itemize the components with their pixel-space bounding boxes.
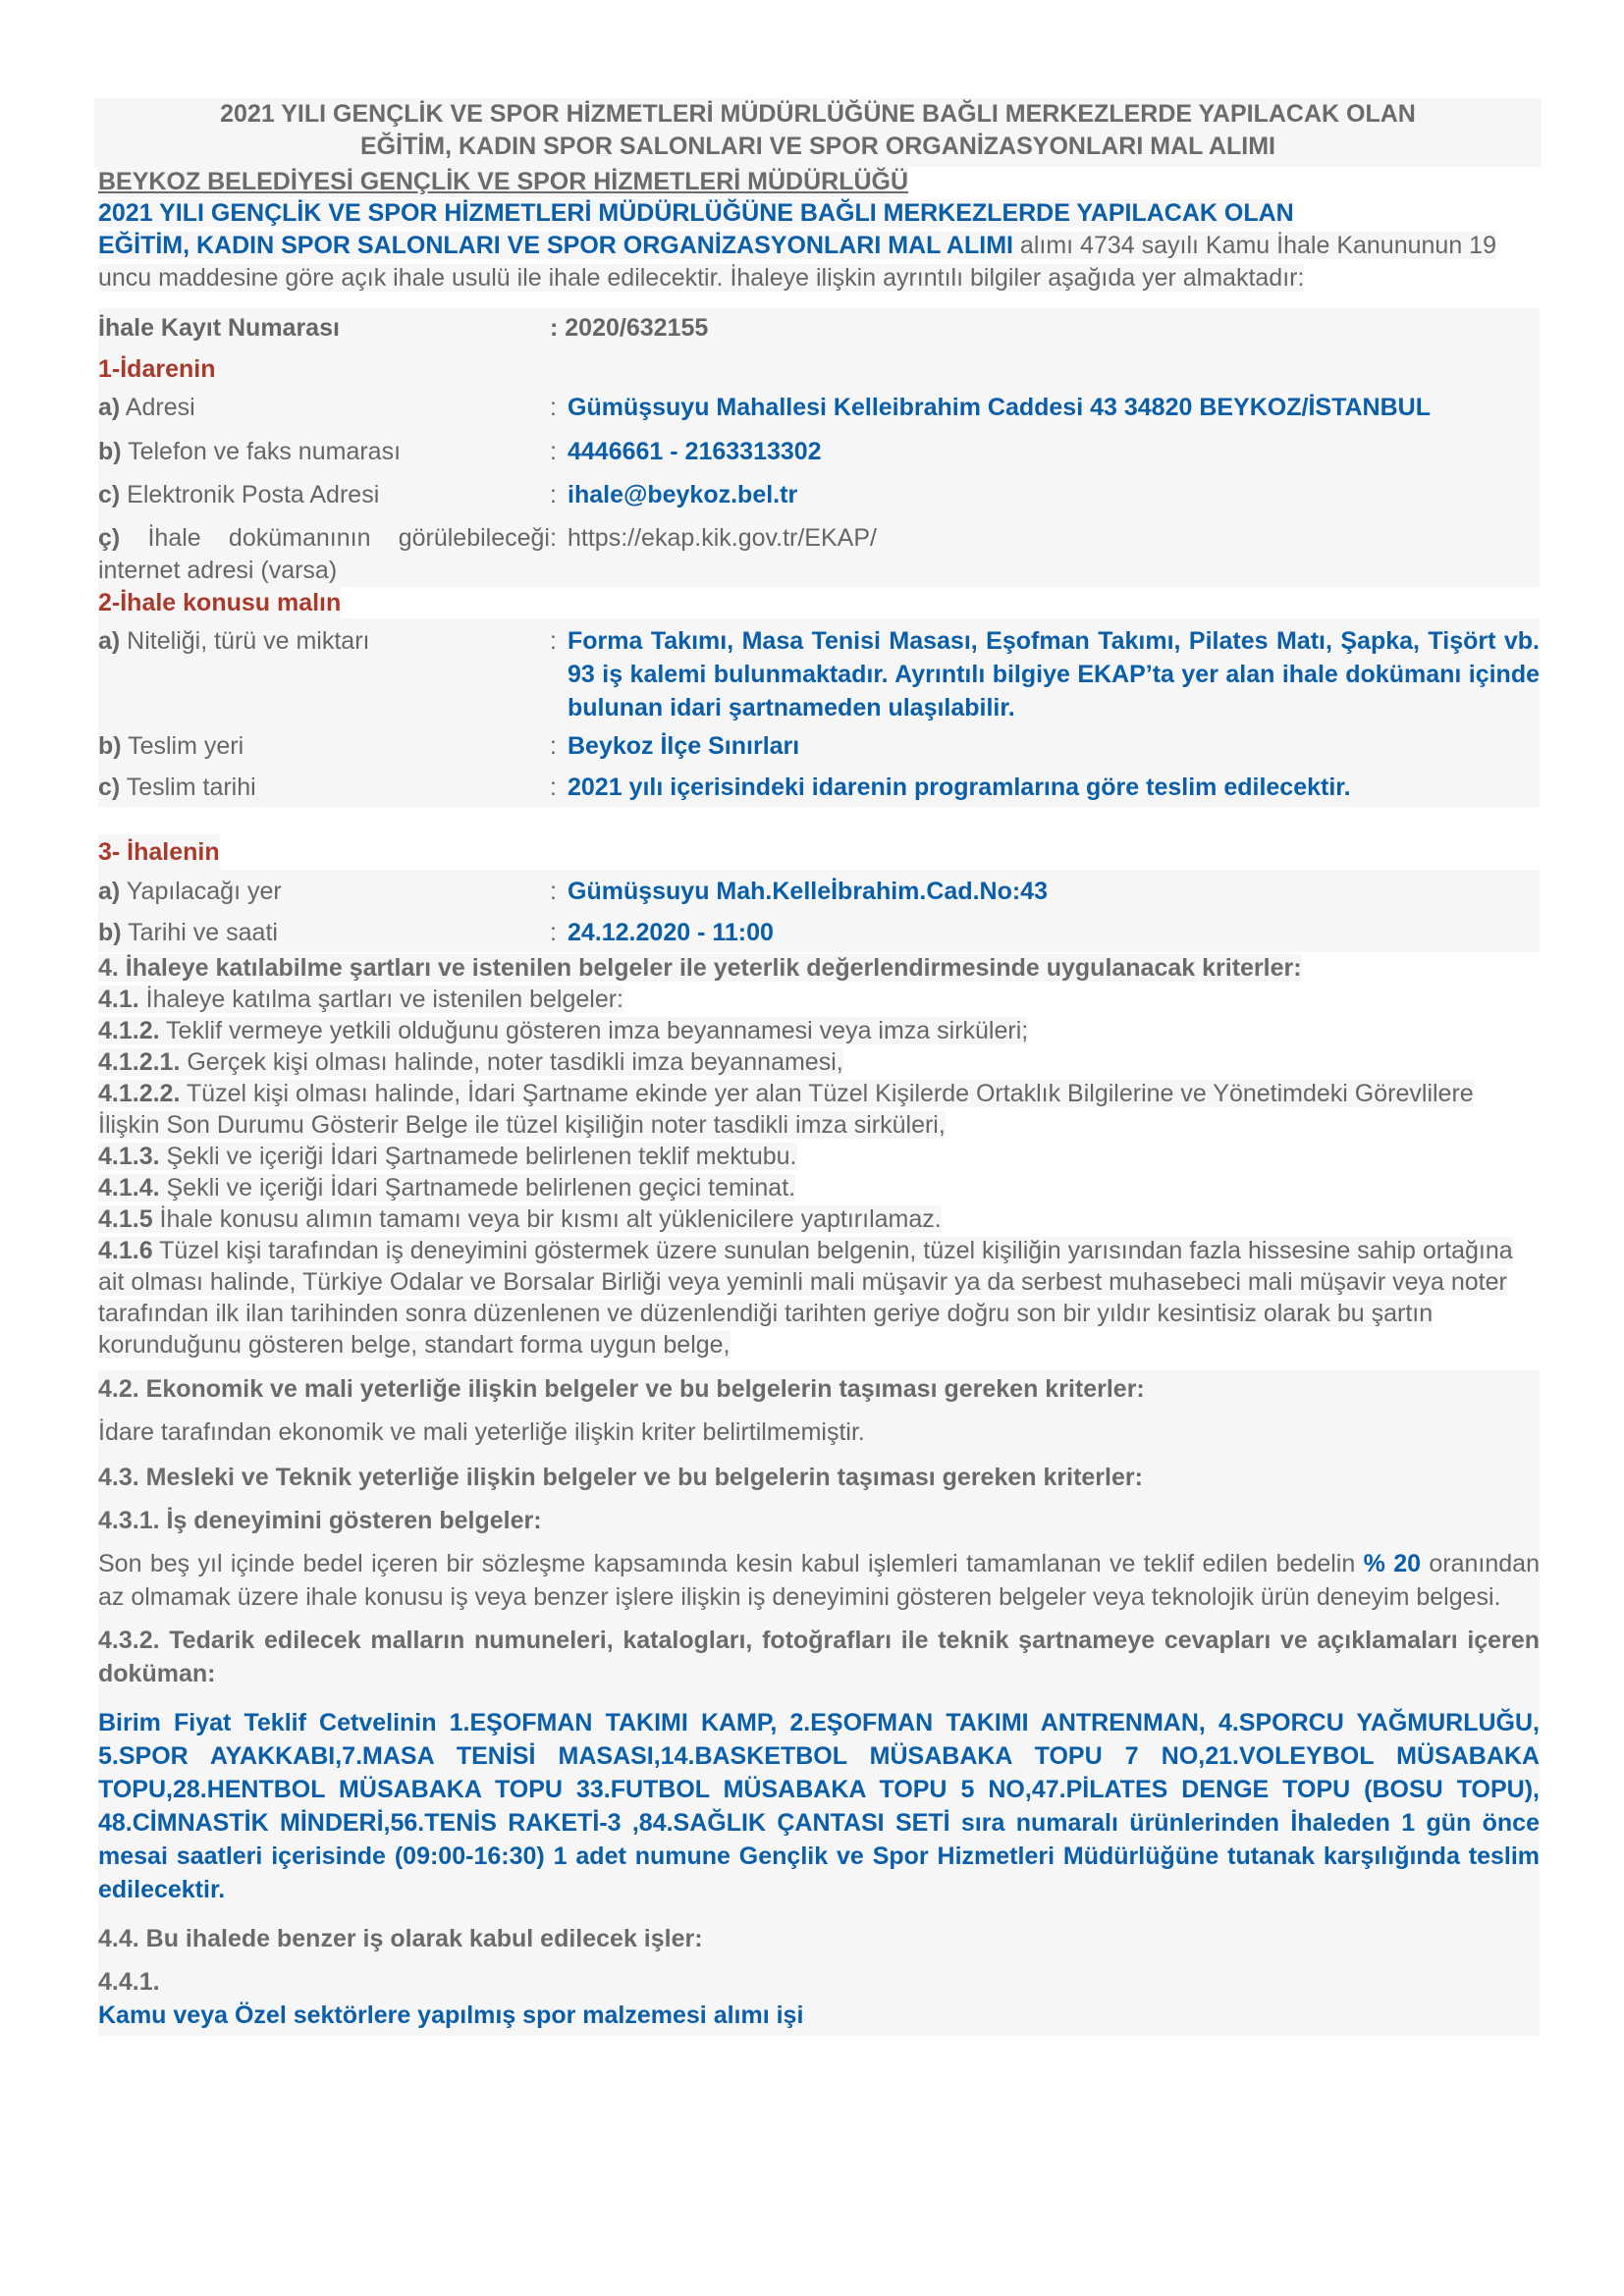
row-letter: c) — [98, 481, 120, 508]
email-row: c) Elektronik Posta Adresi : ihale@beyko… — [98, 473, 1540, 516]
tender-subject-line-1: 2021 YILI GENÇLİK VE SPOR HİZMETLERİ MÜD… — [98, 199, 1294, 227]
address-value: Gümüşsuyu Mahallesi Kelleibrahim Caddesi… — [568, 391, 1540, 424]
criteria-item: 4.1.2.2. Tüzel kişi olması halinde, İdar… — [98, 1078, 1540, 1141]
delivery-place-value: Beykoz İlçe Sınırları — [568, 724, 1540, 768]
goods-nature-value: Forma Takımı, Masa Tenisi Masası, Eşofma… — [568, 624, 1540, 724]
delivery-date-value: 2021 yılı içerisindeki idarenin programl… — [568, 768, 1540, 807]
address-label: Adresi — [120, 394, 194, 421]
tender-datetime-label: Tarihi ve saati — [122, 919, 278, 946]
email-label: Elektronik Posta Adresi — [120, 481, 379, 508]
ekap-url-label: İhale dokümanının görülebileceği interne… — [98, 524, 550, 584]
row-letter: b) — [98, 438, 122, 465]
row-letter: c) — [98, 774, 120, 801]
section-4-4-heading: 4.4. Bu ihalede benzer iş olarak kabul e… — [98, 1922, 1540, 1965]
section-4-2-heading: 4.2. Ekonomik ve mali yeterliğe ilişkin … — [98, 1370, 1540, 1415]
section-4-3-heading: 4.3. Mesleki ve Teknik yeterliğe ilişkin… — [98, 1461, 1540, 1504]
tender-place-label: Yapılacağı yer — [120, 878, 281, 905]
organization-name: BEYKOZ BELEDİYESİ GENÇLİK VE SPOR HİZMET… — [98, 167, 908, 197]
tender-place-value: Gümüşsuyu Mah.Kelleİbrahim.Cad.No:43 — [568, 870, 1540, 913]
criteria-item: 4.1.6 Tüzel kişi tarafından iş deneyimin… — [98, 1235, 1540, 1361]
tender-place-row: a) Yapılacağı yer : Gümüşsuyu Mah.Kelleİ… — [98, 870, 1540, 913]
section-3-heading: 3- İhalenin — [98, 838, 220, 866]
goods-nature-label: Niteliği, türü ve miktarı — [120, 627, 369, 655]
section-4: 4. İhaleye katılabilme şartları ve isten… — [98, 952, 1540, 1361]
tender-datetime-value: 24.12.2020 - 11:00 — [568, 913, 1540, 952]
section-3-heading-row: 3- İhalenin — [98, 834, 220, 870]
delivery-place-row: b) Teslim yeri : Beykoz İlçe Sınırları — [98, 724, 1540, 768]
section-2-heading: 2-İhale konusu malın — [98, 589, 341, 616]
title-line-2: EĞİTİM, KADIN SPOR SALONLARI VE SPOR ORG… — [94, 131, 1542, 163]
section-1-heading-row: 1-İdarenin — [98, 347, 1540, 391]
row-letter: a) — [98, 627, 120, 655]
row-letter: a) — [98, 878, 120, 905]
section-4-3-1-heading: 4.3.1. İş deneyimini gösteren belgeler: — [98, 1504, 1540, 1547]
section-4-4-1-text: Kamu veya Özel sektörlere yapılmış spor … — [98, 1999, 1540, 2036]
delivery-date-row: c) Teslim tarihi : 2021 yılı içerisindek… — [98, 768, 1540, 807]
registry-label: İhale Kayıt Numarası — [98, 308, 550, 347]
row-letter: ç) — [98, 524, 120, 552]
tender-document: 2021 YILI GENÇLİK VE SPOR HİZMETLERİ MÜD… — [94, 98, 1536, 2036]
email-link[interactable]: ihale@beykoz.bel.tr — [568, 473, 1540, 516]
title-line-1: 2021 YILI GENÇLİK VE SPOR HİZMETLERİ MÜD… — [94, 98, 1542, 131]
delivery-date-label: Teslim tarihi — [120, 774, 255, 801]
phone-label: Telefon ve faks numarası — [122, 438, 401, 465]
section-4-3-1-text: Son beş yıl içinde bedel içeren bir sözl… — [98, 1547, 1540, 1624]
goods-nature-row: a) Niteliği, türü ve miktarı : Forma Tak… — [98, 618, 1540, 724]
section-1-heading: 1-İdarenin — [98, 347, 215, 391]
row-letter: b) — [98, 919, 122, 946]
criteria-item: 4.1.3. Şekli ve içeriği İdari Şartnamede… — [98, 1141, 1540, 1172]
row-letter: b) — [98, 732, 122, 760]
delivery-place-label: Teslim yeri — [122, 732, 244, 760]
tender-datetime-row: b) Tarihi ve saati : 24.12.2020 - 11:00 — [98, 913, 1540, 952]
criteria-item: 4.1.2. Teklif vermeye yetkili olduğunu g… — [98, 1015, 1540, 1046]
ekap-url-row: ç) İhale dokümanının görülebileceği inte… — [98, 516, 1540, 587]
registry-row: İhale Kayıt Numarası : 2020/632155 — [98, 308, 1540, 347]
intro-paragraph: 2021 YILI GENÇLİK VE SPOR HİZMETLERİ MÜD… — [98, 197, 1536, 294]
phone-value: 4446661 - 2163313302 — [568, 430, 1540, 473]
section-4-2-to-4-4: 4.2. Ekonomik ve mali yeterliğe ilişkin … — [98, 1370, 1540, 2036]
ekap-url-link[interactable]: https://ekap.kik.gov.tr/EKAP/ — [568, 522, 1540, 587]
criteria-item: 4.1.4. Şekli ve içeriği İdari Şartnamede… — [98, 1172, 1540, 1203]
document-title: 2021 YILI GENÇLİK VE SPOR HİZMETLERİ MÜD… — [94, 98, 1542, 167]
section-4-3-2-text: Birim Fiyat Teklif Cetvelinin 1.EŞOFMAN … — [98, 1706, 1540, 1922]
section-4-3-2-heading: 4.3.2. Tedarik edilecek malların numunel… — [98, 1624, 1540, 1706]
row-letter: a) — [98, 394, 120, 421]
phone-row: b) Telefon ve faks numarası : 4446661 - … — [98, 430, 1540, 473]
section-4-heading: 4. İhaleye katılabilme şartları ve isten… — [98, 954, 1302, 982]
registry-value: : 2020/632155 — [550, 308, 1540, 347]
tender-subject-line-2: EĞİTİM, KADIN SPOR SALONLARI VE SPOR ORG… — [98, 232, 1013, 259]
criteria-item: 4.1.2.1. Gerçek kişi olması halinde, not… — [98, 1046, 1540, 1078]
criteria-item: 4.1.5 İhale konusu alımın tamamı veya bi… — [98, 1203, 1540, 1235]
section-2-heading-row: 2-İhale konusu malın — [98, 587, 341, 618]
section-4-2-text: İdare tarafından ekonomik ve mali yeterl… — [98, 1415, 1540, 1461]
criteria-item: 4.1. İhaleye katılma şartları ve istenil… — [98, 984, 1540, 1015]
section-4-4-1-number: 4.4.1. — [98, 1965, 1540, 1999]
experience-percent: % 20 — [1364, 1550, 1421, 1577]
admin-address-row: a) Adresi : Gümüşsuyu Mahallesi Kelleibr… — [98, 391, 1540, 430]
